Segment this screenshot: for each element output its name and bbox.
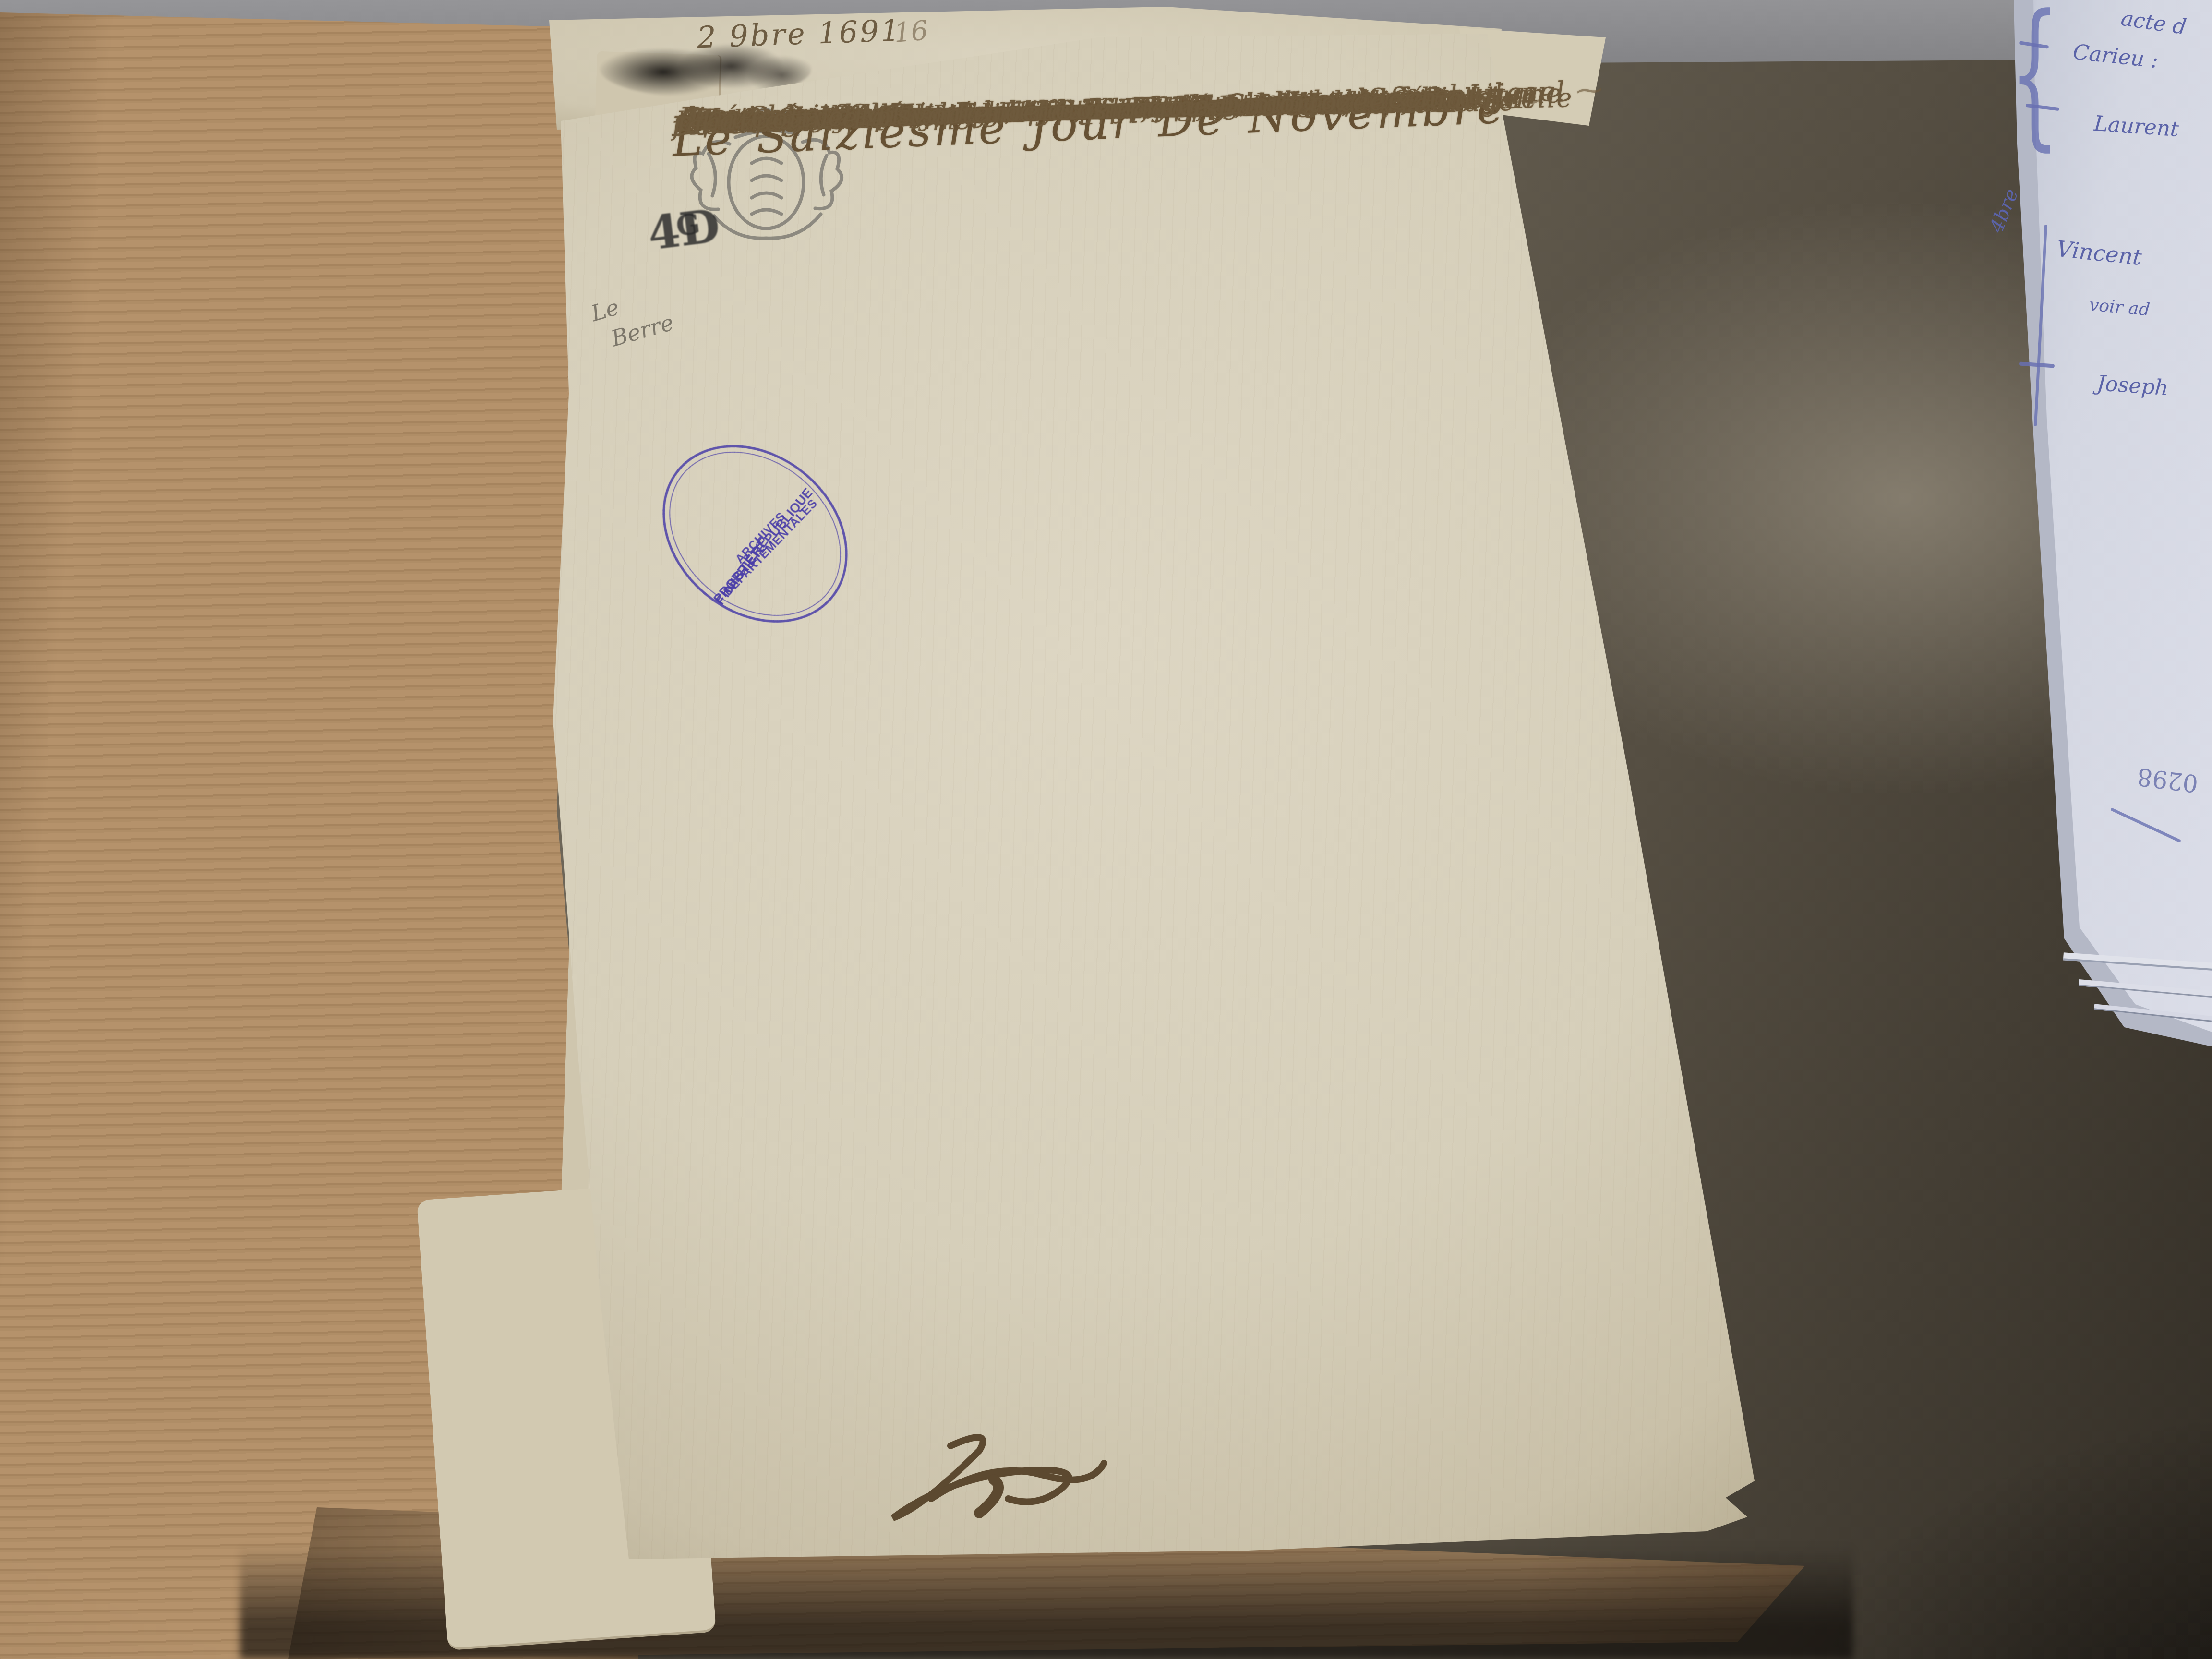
- archives-stamp-text: ARCHIVES DÉPARTEMENTALES PROPRIÉTÉ PUBLI…: [706, 475, 805, 592]
- notary-paraph-flourish: [835, 1417, 1200, 1537]
- pen-note-joseph: Joseph: [2096, 371, 2169, 400]
- pen-brace-mark: {: [2009, 0, 2060, 165]
- photo-of-archival-document: 2 9bre 1691 16 G 4D Le Berre ARCHIVES DÉ…: [0, 0, 2212, 1659]
- folio-number-annotation: 16: [892, 15, 929, 49]
- tax-stamp-value: 4D: [645, 198, 723, 261]
